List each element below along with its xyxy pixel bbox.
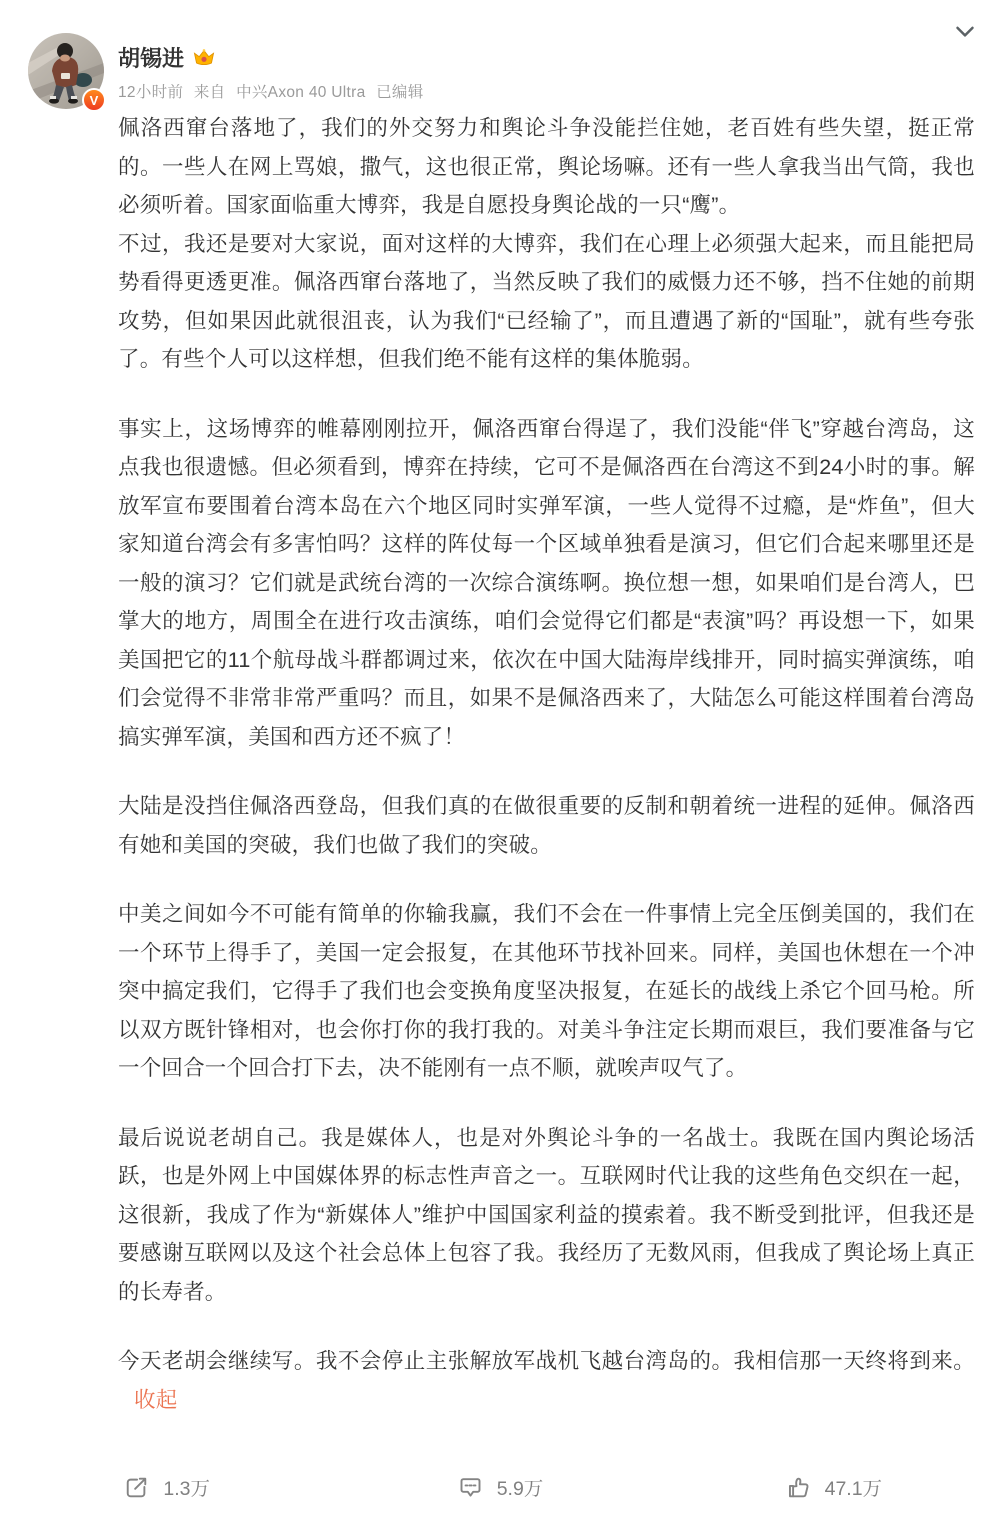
- thumbs-up-icon: [785, 1474, 812, 1501]
- comment-count: 5.9万: [497, 1473, 544, 1501]
- post-source[interactable]: 中兴Axon 40 Ultra: [236, 84, 365, 101]
- source-prefix: 来自: [194, 84, 226, 101]
- post-paragraph: 佩洛西窜台落地了，我们的外交努力和舆论斗争没能拦住她，老百姓有些失望，挺正常的。…: [118, 109, 975, 225]
- post-time: 12小时前: [118, 84, 183, 101]
- post-paragraph: 中美之间如今不可能有简单的你输我赢，我们不会在一件事情上完全压倒美国的，我们在一…: [118, 895, 975, 1088]
- collapse-link[interactable]: 收起: [134, 1388, 177, 1412]
- post-paragraph: 最后说说老胡自己。我是媒体人，也是对外舆论斗争的一名战士。我既在国内舆论场活跃，…: [118, 1119, 975, 1312]
- weibo-post: V 胡锡进 12小时前 来自 中兴Axon 40 Ultra 已编辑 佩洛西窜台…: [0, 0, 1000, 1518]
- post-meta: 12小时前 来自 中兴Axon 40 Ultra 已编辑: [118, 80, 430, 102]
- post-body: 佩洛西窜台落地了，我们的外交努力和舆论斗争没能拦住她，老百姓有些失望，挺正常的。…: [118, 109, 975, 1419]
- repost-button[interactable]: 1.3万: [0, 1473, 333, 1501]
- verified-badge-icon: V: [82, 88, 106, 112]
- username[interactable]: 胡锡进: [118, 42, 184, 73]
- like-count: 47.1万: [825, 1473, 882, 1501]
- action-toolbar: 1.3万 5.9万 47.1万: [0, 1462, 1000, 1512]
- post-paragraph: 不过，我还是要对大家说，面对这样的大博弈，我们在心理上必须强大起来，而且能把局势…: [118, 225, 975, 379]
- repost-icon: [123, 1474, 150, 1501]
- post-paragraph: 大陆是没挡住佩洛西登岛，但我们真的在做很重要的反制和朝着统一进程的延伸。佩洛西有…: [118, 787, 975, 864]
- membership-crown-icon: [191, 45, 217, 71]
- like-button[interactable]: 47.1万: [667, 1473, 1000, 1501]
- comment-button[interactable]: 5.9万: [333, 1473, 666, 1501]
- edited-label: 已编辑: [376, 84, 423, 101]
- post-paragraph: 事实上，这场博弈的帷幕刚刚拉开，佩洛西窜台得逞了，我们没能“伴飞”穿越台湾岛，这…: [118, 410, 975, 757]
- repost-count: 1.3万: [163, 1473, 210, 1501]
- chevron-down-icon[interactable]: [946, 12, 984, 50]
- post-paragraph-text: 今天老胡会继续写。我不会停止主张解放军战机飞越台湾岛的。我相信那一天终将到来。: [118, 1349, 975, 1373]
- avatar[interactable]: V: [28, 33, 104, 109]
- post-paragraph: 今天老胡会继续写。我不会停止主张解放军战机飞越台湾岛的。我相信那一天终将到来。收…: [118, 1342, 975, 1419]
- comment-icon: [457, 1474, 484, 1501]
